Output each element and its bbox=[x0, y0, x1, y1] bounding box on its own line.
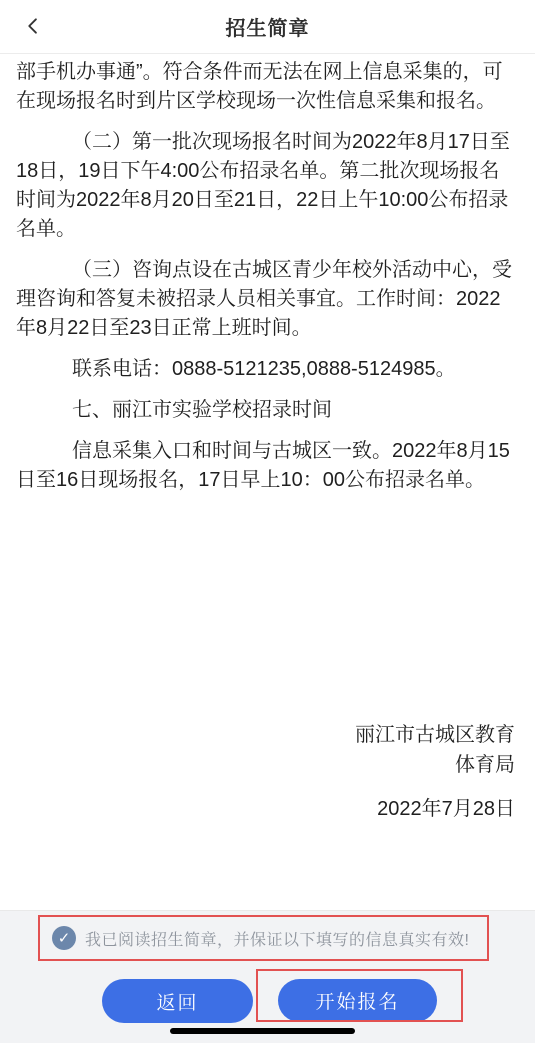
document-scroll-area[interactable]: 部手机办事通”。符合条件而无法在网上信息采集的，可在现场报名时到片区学校现场一次… bbox=[0, 54, 535, 824]
signature-line: 丽江市古城区教育 bbox=[16, 720, 515, 750]
signature-line: 体育局 bbox=[16, 750, 515, 780]
chevron-left-icon bbox=[23, 16, 43, 39]
app-screen: 招生简章 部手机办事通”。符合条件而无法在网上信息采集的，可在现场报名时到片区学… bbox=[0, 0, 535, 1043]
footer-action-bar: ✓ 我已阅读招生简章，并保证以下填写的信息真实有效! 返回 开始报名 bbox=[0, 910, 535, 1043]
signature-date: 2022年7月28日 bbox=[16, 795, 519, 824]
paragraph: （二）第一批次现场报名时间为2022年8月17日至18日，19日下午4:00公布… bbox=[16, 128, 519, 244]
page-title: 招生简章 bbox=[226, 12, 310, 41]
agreement-checkbox-row[interactable]: ✓ 我已阅读招生简章，并保证以下填写的信息真实有效! bbox=[38, 915, 489, 961]
section-heading: 七、丽江市实验学校招录时间 bbox=[16, 396, 519, 425]
check-circle-icon[interactable]: ✓ bbox=[52, 926, 76, 950]
header: 招生简章 bbox=[0, 0, 535, 54]
paragraph: 部手机办事通”。符合条件而无法在网上信息采集的，可在现场报名时到片区学校现场一次… bbox=[16, 58, 519, 116]
home-indicator bbox=[170, 1028, 355, 1034]
agreement-label: 我已阅读招生简章，并保证以下填写的信息真实有效! bbox=[85, 927, 469, 950]
paragraph: （三）咨询点设在古城区青少年校外活动中心，受理咨询和答复未被招录人员相关事宜。工… bbox=[16, 256, 519, 343]
return-button[interactable]: 返回 bbox=[102, 979, 253, 1023]
paragraph: 联系电话：0888-5121235,0888-5124985。 bbox=[16, 355, 519, 384]
signature: 丽江市古城区教育 体育局 bbox=[16, 720, 519, 780]
back-button[interactable] bbox=[14, 8, 52, 46]
start-registration-button[interactable]: 开始报名 bbox=[278, 979, 437, 1022]
paragraph: 信息采集入口和时间与古城区一致。2022年8月15日至16日现场报名，17日早上… bbox=[16, 437, 519, 495]
